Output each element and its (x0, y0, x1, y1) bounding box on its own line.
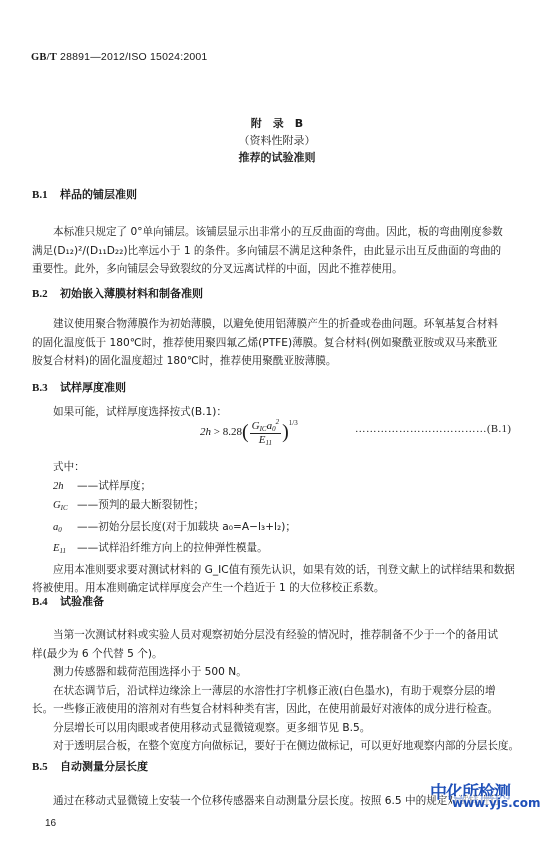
page-number: 16 (45, 818, 56, 829)
section-number: B.3 (32, 382, 60, 394)
definition-row: a0——初始分层长度(对于加载块 a₀=A−l₃+l₂)； (32, 518, 528, 540)
section-heading-b3: B.3试样厚度准则 (32, 379, 126, 395)
section-title: 初始嵌入薄膜材料和制备准则 (60, 287, 203, 300)
standard-rest: 28891—2012/ISO 15024:2001 (57, 51, 208, 63)
definition-row: 2h——试样厚度； (32, 477, 528, 497)
watermark-url: www.yjs.com (452, 796, 541, 810)
annex-title: 附 录 B (0, 115, 554, 131)
text-line: 应用本准则要求要对测试材料的 G_IC值有预先认识，如果有效的话，刊登文献上的试… (32, 561, 528, 580)
section-body-b4: 当第一次测试材料或实验人员对观察初始分层没有经验的情况时，推荐制备不少于一个的备… (32, 626, 528, 756)
standard-prefix: GB/T (31, 52, 57, 63)
definition-text: ——试样沿纤维方向上的拉伸弹性模量。 (77, 542, 268, 554)
annex-type: （资料性附录） (0, 132, 554, 148)
equation-label: ………………………………(B.1) (355, 424, 511, 435)
section-number: B.2 (32, 288, 60, 300)
text-line: 重要性。此外，多向铺层会导致裂纹的分叉远离试样的中面，因此不推荐使用。 (32, 260, 528, 279)
section-heading-b4: B.4试验准备 (32, 593, 104, 609)
section-heading-b5: B.5自动测量分层长度 (32, 758, 148, 774)
section-number: B.1 (32, 189, 60, 201)
section-body-b2: 建议使用聚合物薄膜作为初始薄膜，以避免使用铝薄膜产生的折叠或卷曲问题。环氧基复合… (32, 315, 528, 371)
definition-text: ——预判的最大断裂韧性； (77, 499, 204, 511)
definition-text: ——试样厚度； (77, 480, 151, 492)
text-line: 胺复合材料)的固化温度超过 180℃时，推荐使用聚酰亚胺薄膜。 (32, 352, 528, 371)
where-label: 式中： (32, 458, 528, 477)
text-line: 在状态调节后，沿试样边缘涂上一薄层的水溶性打字机修正液(白色墨水)，有助于观察分… (32, 682, 528, 701)
section-title: 试验准备 (60, 595, 104, 608)
definition-row: E11——试样沿纤维方向上的拉伸弹性模量。 (32, 539, 528, 561)
standard-number-header: GB/T 28891—2012/ISO 15024:2001 (31, 51, 207, 63)
text-line: 本标准只规定了 0°单向铺层。该铺层显示出非常小的互反曲面的弯曲。因此，板的弯曲… (32, 223, 528, 242)
text-line: 的固化温度低于 180℃时，推荐使用聚四氟乙烯(PTFE)薄膜。复合材料(例如聚… (32, 334, 528, 353)
symbol-definitions: 式中： 2h——试样厚度； GIC——预判的最大断裂韧性； a0——初始分层长度… (32, 458, 528, 598)
section-title: 自动测量分层长度 (60, 760, 148, 773)
formula-b1: 2h > 8.28(GICa02E11)1/3 (200, 418, 298, 447)
definition-row: GIC——预判的最大断裂韧性； (32, 496, 528, 518)
section-title: 样品的铺层准则 (60, 188, 137, 201)
text-line: 将被使用。用本准则确定试样厚度会产生一个趋近于 1 的大位移校正系数。 (32, 579, 528, 598)
section-heading-b2: B.2初始嵌入薄膜材料和制备准则 (32, 285, 203, 301)
text-line: 建议使用聚合物薄膜作为初始薄膜，以避免使用铝薄膜产生的折叠或卷曲问题。环氧基复合… (32, 315, 528, 334)
definition-text: ——初始分层长度(对于加载块 a₀=A−l₃+l₂)； (77, 521, 296, 533)
text-line: 长。一些修正液使用的溶剂对有些复合材料种类有害，因此，在使用前最好对液体的成分进… (32, 700, 528, 719)
text-line: 分层增长可以用肉眼或者使用移动式显微镜观察。更多细节见 B.5。 (32, 719, 528, 738)
section-heading-b1: B.1样品的铺层准则 (32, 186, 137, 202)
section-title: 试样厚度准则 (60, 381, 126, 394)
text-line: 满足(D₁₂)²/(D₁₁D₂₂)比率远小于 1 的条件。多向铺层不满足这种条件… (32, 242, 528, 261)
text-line: 当第一次测试材料或实验人员对观察初始分层没有经验的情况时，推荐制备不少于一个的备… (32, 626, 528, 645)
section-number: B.5 (32, 761, 60, 773)
text-line: 测力传感器和载荷范围选择小于 500 N。 (32, 663, 528, 682)
annex-subtitle: 推荐的试验准则 (0, 149, 554, 165)
section-number: B.4 (32, 596, 60, 608)
text-line: 对于透明层合板，在整个宽度方向做标记，要好于在侧边做标记，可以更好地观察内部的分… (32, 737, 528, 756)
section-body-b1: 本标准只规定了 0°单向铺层。该铺层显示出非常小的互反曲面的弯曲。因此，板的弯曲… (32, 223, 528, 279)
text-line: 样(最少为 6 个代替 5 个)。 (32, 645, 528, 664)
